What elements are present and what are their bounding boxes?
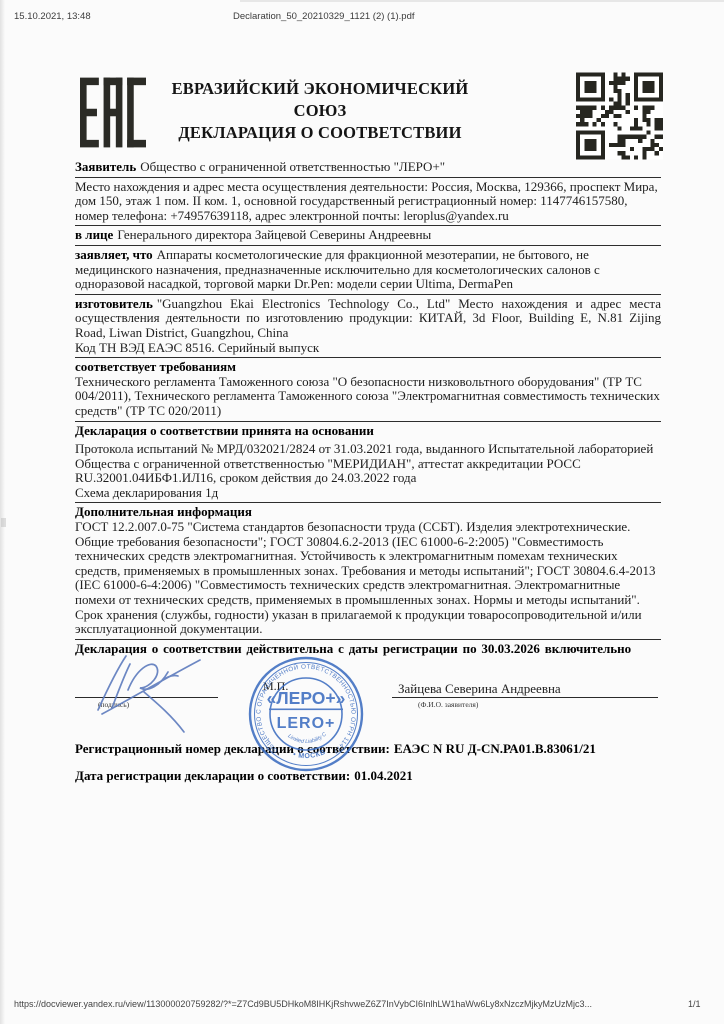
row-manufacturer: изготовитель"Guangzhou Ekai Electronics …: [75, 297, 661, 341]
printed-pdf-page: { "print_header": { "datetime": "15.10.2…: [0, 0, 724, 1024]
scan-speck: [1, 518, 6, 527]
print-url: https://docviewer.yandex.ru/view/1130000…: [14, 999, 592, 1009]
text-applicant: Общество с ограниченной ответственностью…: [140, 159, 445, 174]
label-represented-by: в лице: [75, 227, 113, 242]
company-round-stamp: ОБЩЕСТВО С ОГРАНИЧЕННОЙ ОТВЕТСТВЕННОСТЬЮ…: [244, 652, 368, 776]
print-page-indicator: 1/1: [688, 999, 701, 1009]
text-test-protocol: Протокола испытаний № МРД/032021/2824 от…: [75, 442, 661, 486]
divider: [75, 225, 661, 226]
row-address: Место нахождения и адрес места осуществл…: [75, 180, 661, 224]
divider: [75, 357, 661, 358]
title-line-2: ДЕКЛАРАЦИЯ О СООТВЕТСТВИИ: [150, 122, 490, 144]
fio-line: [392, 697, 658, 698]
label-applicant: Заявитель: [75, 159, 136, 174]
row-applicant: ЗаявительОбщество с ограниченной ответст…: [75, 160, 661, 175]
text-represented-by: Генерального директора Зайцевой Северины…: [117, 227, 431, 242]
text-complies-with: Технического регламента Таможенного союз…: [75, 375, 661, 419]
qr-code-icon: [576, 72, 663, 160]
handwritten-signature: [88, 648, 223, 740]
row-tnved-code: Код ТН ВЭД ЕАЭС 8516. Серийный выпуск: [75, 341, 661, 356]
print-filename: Declaration_50_20210329_1121 (2) (1).pdf: [233, 11, 415, 22]
title-line-1: ЕВРАЗИЙСКИЙ ЭКОНОМИЧЕСКИЙ СОЮЗ: [150, 78, 490, 122]
divider: [75, 502, 661, 503]
divider: [75, 177, 661, 178]
text-declares: Аппараты косметологические для фракционн…: [75, 247, 600, 291]
label-declares: заявляет, что: [75, 247, 153, 262]
scan-edge-line: [240, 0, 724, 2]
eac-logo: [80, 76, 146, 149]
header-additional-info: Дополнительная информация: [75, 505, 661, 520]
registration-number-value: ЕАЭС N RU Д-CN.РА01.В.83061/21: [394, 741, 596, 756]
divider: [75, 294, 661, 295]
text-manufacturer: "Guangzhou Ekai Electronics Technology C…: [75, 296, 661, 340]
fio-caption: (Ф.И.О. заявителя): [418, 700, 478, 709]
text-address: Место нахождения и адрес места осуществл…: [75, 179, 658, 223]
stamp-name-ru: «ЛЕРО+»: [267, 688, 346, 708]
row-represented-by: в лицеГенерального директора Зайцевой Се…: [75, 228, 661, 243]
header-complies-with: соответствует требованиям: [75, 360, 661, 375]
scan-edge-shadow: [0, 0, 5, 1024]
divider: [75, 245, 661, 246]
header-adopted-basis: Декларация о соответствии принята на осн…: [75, 424, 661, 439]
stamp-name-en: LERO+: [277, 715, 336, 732]
label-manufacturer: изготовитель: [75, 296, 153, 311]
text-declaration-scheme: Схема декларирования 1д: [75, 486, 661, 501]
row-declares: заявляет, чтоАппараты косметологические …: [75, 248, 661, 292]
text-additional-info: ГОСТ 12.2.007.0-75 "Система стандартов б…: [75, 520, 661, 637]
applicant-name: Зайцева Северина Андреевна: [398, 681, 561, 697]
print-datetime: 15.10.2021, 13:48: [14, 11, 91, 22]
declaration-body: ЗаявительОбщество с ограниченной ответст…: [75, 160, 661, 656]
document-title: ЕВРАЗИЙСКИЙ ЭКОНОМИЧЕСКИЙ СОЮЗ ДЕКЛАРАЦИ…: [150, 78, 490, 144]
divider: [75, 421, 661, 422]
divider: [75, 639, 661, 640]
stamp-divider: [269, 709, 343, 711]
